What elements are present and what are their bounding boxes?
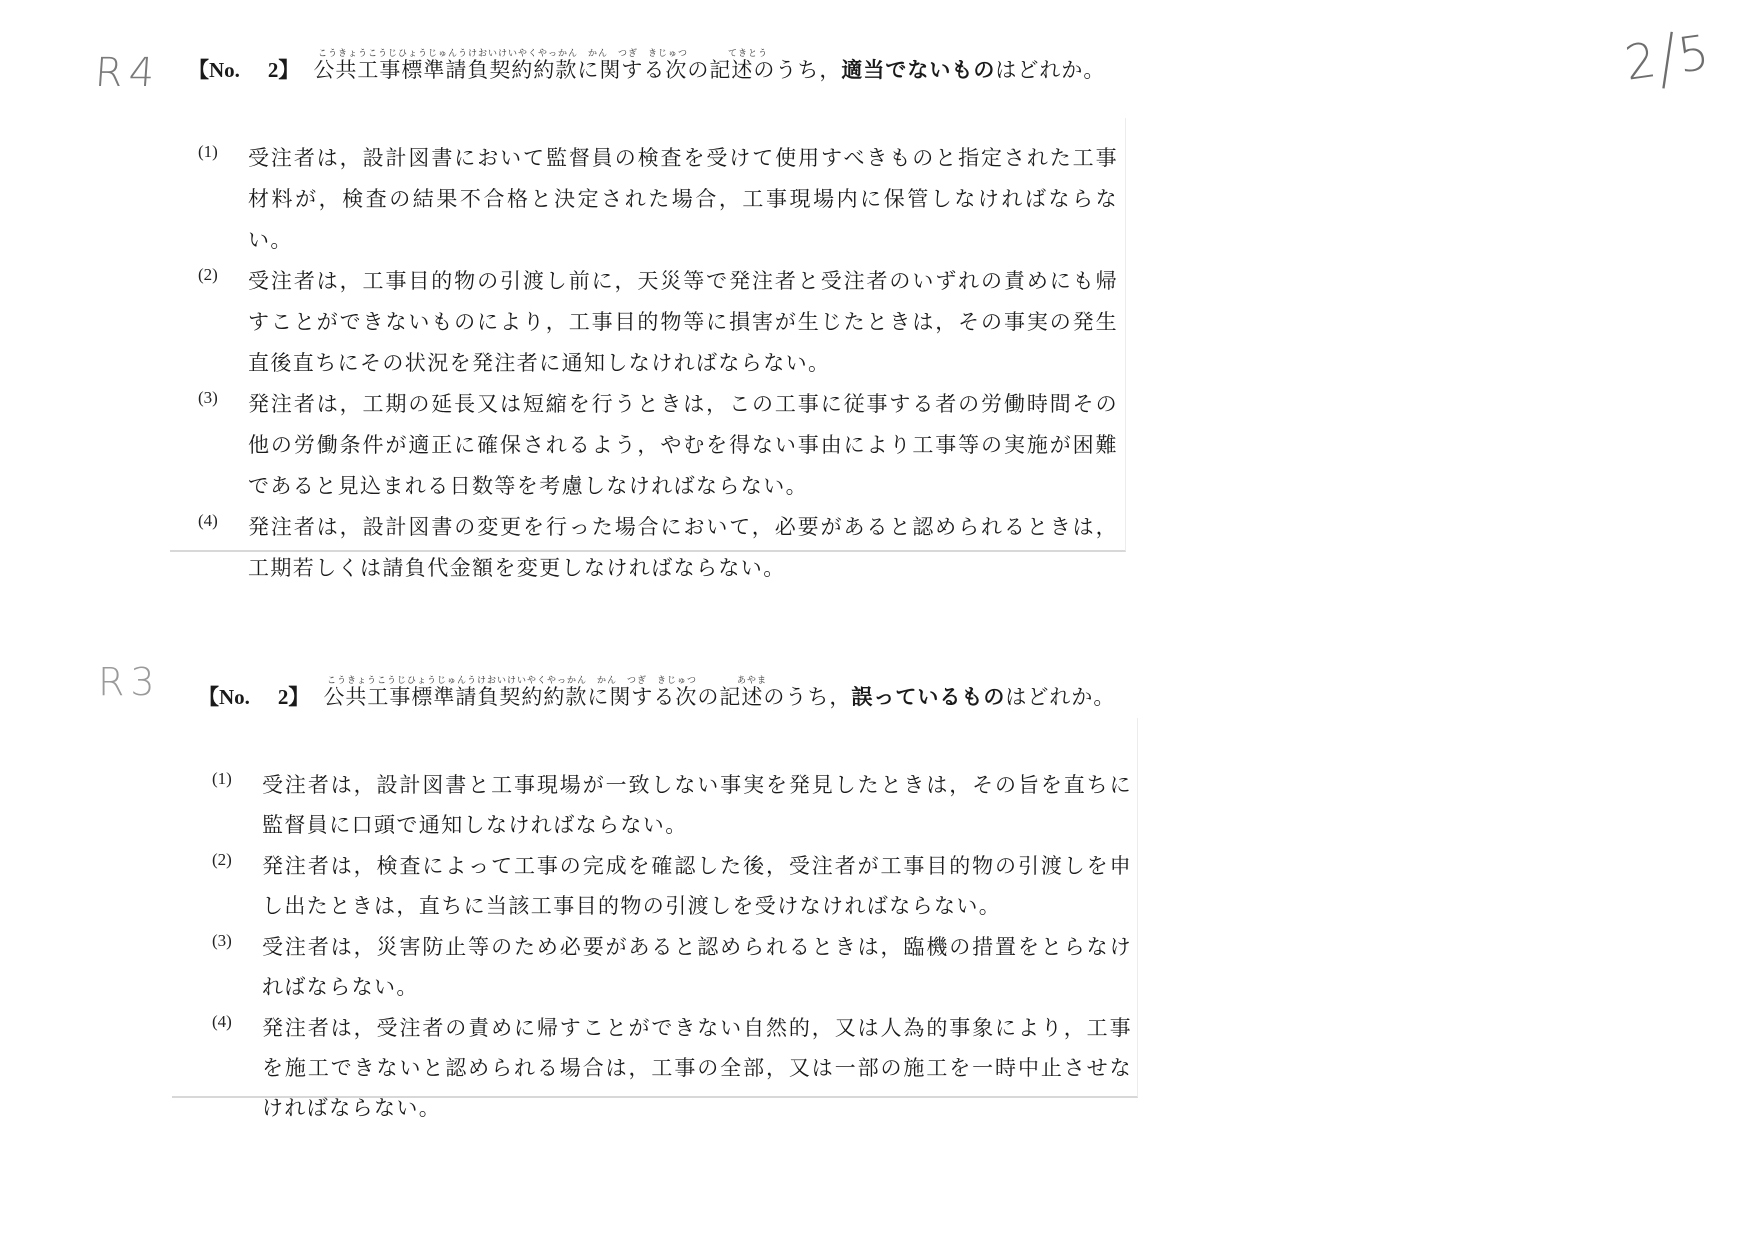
answer-option-r3-1: (1) 受注者は，設計図書と工事現場が一致しない事実を発見したときは，その旨を直… bbox=[212, 765, 1132, 845]
question-number-value: 2】 bbox=[278, 685, 310, 709]
answer-option-text: 受注者は，設計図書と工事現場が一致しない事実を発見したときは，その旨を直ちに監督… bbox=[262, 765, 1132, 845]
question-number-prefix: 【No. bbox=[188, 58, 240, 82]
question-number-value: 2】 bbox=[268, 58, 300, 82]
answer-option-r3-2: (2) 発注者は，検査によって工事の完成を確認した後，受注者が工事目的物の引渡し… bbox=[212, 846, 1132, 926]
answer-option-number: (2) bbox=[212, 846, 262, 870]
answer-list-r3: (1) 受注者は，設計図書と工事現場が一致しない事実を発見したときは，その旨を直… bbox=[212, 765, 1132, 1129]
answer-option-r3-4: (4) 発注者は，受注者の責めに帰すことができない自然的，又は人為的事象により，… bbox=[212, 1008, 1132, 1128]
answer-option-text: 受注者は，設計図書において監督員の検査を受けて使用すべきものと指定された工事材料… bbox=[248, 138, 1118, 261]
answer-option-number: (1) bbox=[212, 765, 262, 789]
question-number-prefix: 【No. bbox=[198, 685, 250, 709]
answer-option-r4-3: (3) 発注者は，工期の延長又は短縮を行うときは，この工事に従事する者の労働時間… bbox=[198, 384, 1118, 507]
answer-option-text: 発注者は，設計図書の変更を行った場合において，必要があると認められるときは，工期… bbox=[248, 507, 1118, 589]
answer-option-number: (3) bbox=[198, 384, 248, 408]
answer-option-text: 受注者は，災害防止等のため必要があると認められるときは，臨機の措置をとらなければ… bbox=[262, 927, 1132, 1007]
handwritten-year-label-r4: R4 bbox=[93, 50, 161, 96]
question-number-r4: 【No.2】 bbox=[188, 58, 299, 82]
answer-option-r4-1: (1) 受注者は，設計図書において監督員の検査を受けて使用すべきものと指定された… bbox=[198, 138, 1118, 261]
question-header-r4: 【No.2】公共工事標準請負契約約款に関する次の記述のうち，適当でないものはどれ… bbox=[188, 60, 1105, 81]
answer-list-r4: (1) 受注者は，設計図書において監督員の検査を受けて使用すべきものと指定された… bbox=[198, 138, 1118, 589]
answer-option-number: (4) bbox=[198, 507, 248, 531]
answer-option-r4-2: (2) 受注者は，工事目的物の引渡し前に，天災等で発注者と受注者のいずれの責めに… bbox=[198, 261, 1118, 384]
question-emphasis-r3: 誤っているもの bbox=[851, 685, 1005, 709]
answer-option-number: (2) bbox=[198, 261, 248, 285]
page-slash: / bbox=[1658, 18, 1679, 100]
answer-option-number: (1) bbox=[198, 138, 248, 162]
question-suffix-r4: はどれか。 bbox=[995, 58, 1105, 82]
answer-option-number: (4) bbox=[212, 1008, 262, 1032]
answer-option-r4-4: (4) 発注者は，設計図書の変更を行った場合において，必要があると認められるとき… bbox=[198, 507, 1118, 589]
handwritten-year-label-r3: R3 bbox=[98, 660, 161, 704]
answer-option-text: 発注者は，受注者の責めに帰すことができない自然的，又は人為的事象により，工事を施… bbox=[262, 1008, 1132, 1128]
answer-option-text: 発注者は，工期の延長又は短縮を行うときは，この工事に従事する者の労働時間その他の… bbox=[248, 384, 1118, 507]
question-header-r3: 【No.2】公共工事標準請負契約約款に関する次の記述のうち，誤っているものはどれ… bbox=[198, 687, 1115, 708]
page-numerator: 2 bbox=[1622, 32, 1662, 92]
question-suffix-r3: はどれか。 bbox=[1005, 685, 1115, 709]
question-text-r4: 公共工事標準請負契約約款に関する次の記述のうち， bbox=[313, 58, 841, 82]
answer-option-text: 発注者は，検査によって工事の完成を確認した後，受注者が工事目的物の引渡しを申し出… bbox=[262, 846, 1132, 926]
answer-option-number: (3) bbox=[212, 927, 262, 951]
answer-option-r3-3: (3) 受注者は，災害防止等のため必要があると認められるときは，臨機の措置をとら… bbox=[212, 927, 1132, 1007]
question-number-r3: 【No.2】 bbox=[198, 685, 309, 709]
page-denominator: 5 bbox=[1674, 24, 1714, 84]
handwritten-page-number: 2/5 bbox=[1622, 24, 1715, 91]
question-text-r3: 公共工事標準請負契約約款に関する次の記述のうち， bbox=[323, 685, 851, 709]
answer-option-text: 受注者は，工事目的物の引渡し前に，天災等で発注者と受注者のいずれの責めにも帰すこ… bbox=[248, 261, 1118, 384]
question-emphasis-r4: 適当でないもの bbox=[841, 58, 995, 82]
